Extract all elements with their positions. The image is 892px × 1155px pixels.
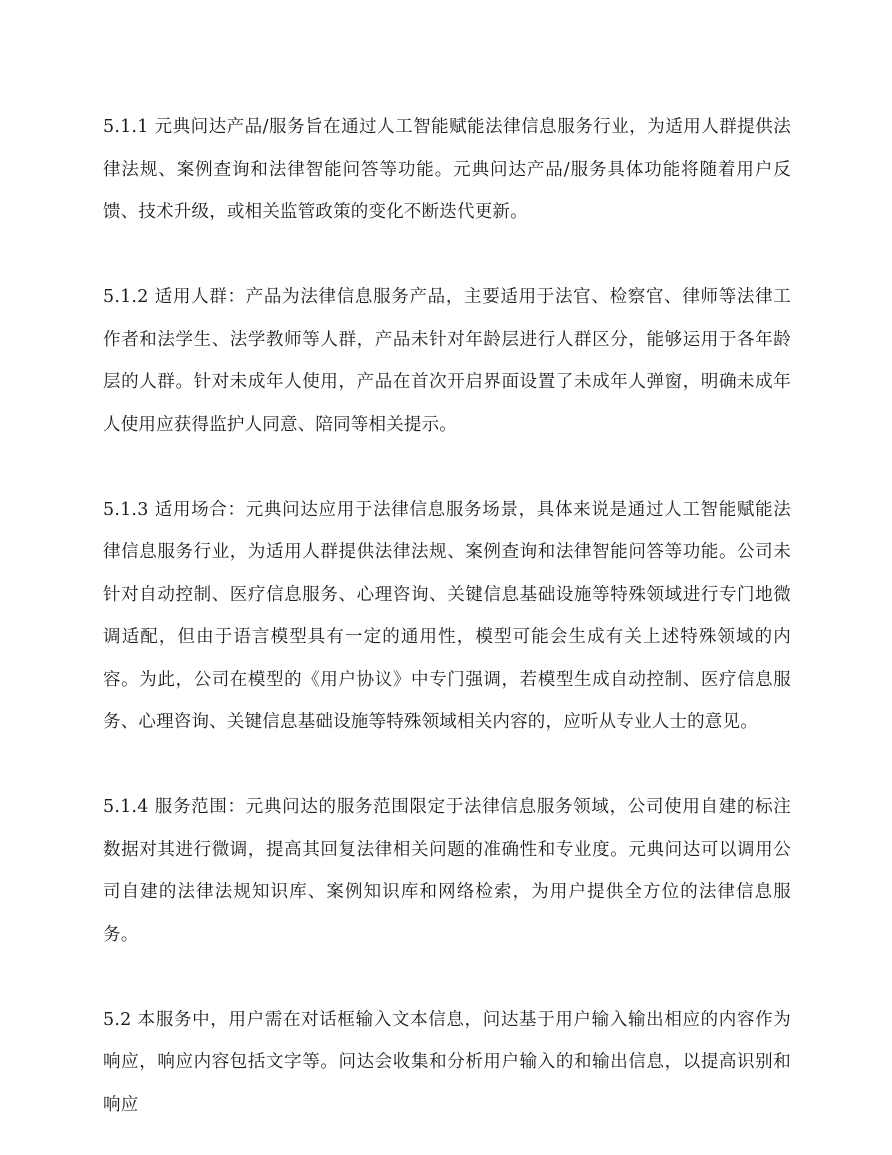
paragraph-5-2: 5.2 本服务中，用户需在对话框输入文本信息，问达基于用户输入输出相应的内容作为… [103,999,791,1127]
paragraph-5-1-2: 5.1.2 适用人群：产品为法律信息服务产品，主要适用于法官、检察官、律师等法律… [103,276,791,446]
paragraph-5-1-4: 5.1.4 服务范围：元典问达的服务范围限定于法律信息服务领域，公司使用自建的标… [103,786,791,956]
paragraph-5-1-3: 5.1.3 适用场合：元典问达应用于法律信息服务场景，具体来说是通过人工智能赋能… [103,489,791,744]
paragraph-5-1-1: 5.1.1 元典问达产品/服务旨在通过人工智能赋能法律信息服务行业，为适用人群提… [103,106,791,234]
document-page: 5.1.1 元典问达产品/服务旨在通过人工智能赋能法律信息服务行业，为适用人群提… [0,0,892,1155]
